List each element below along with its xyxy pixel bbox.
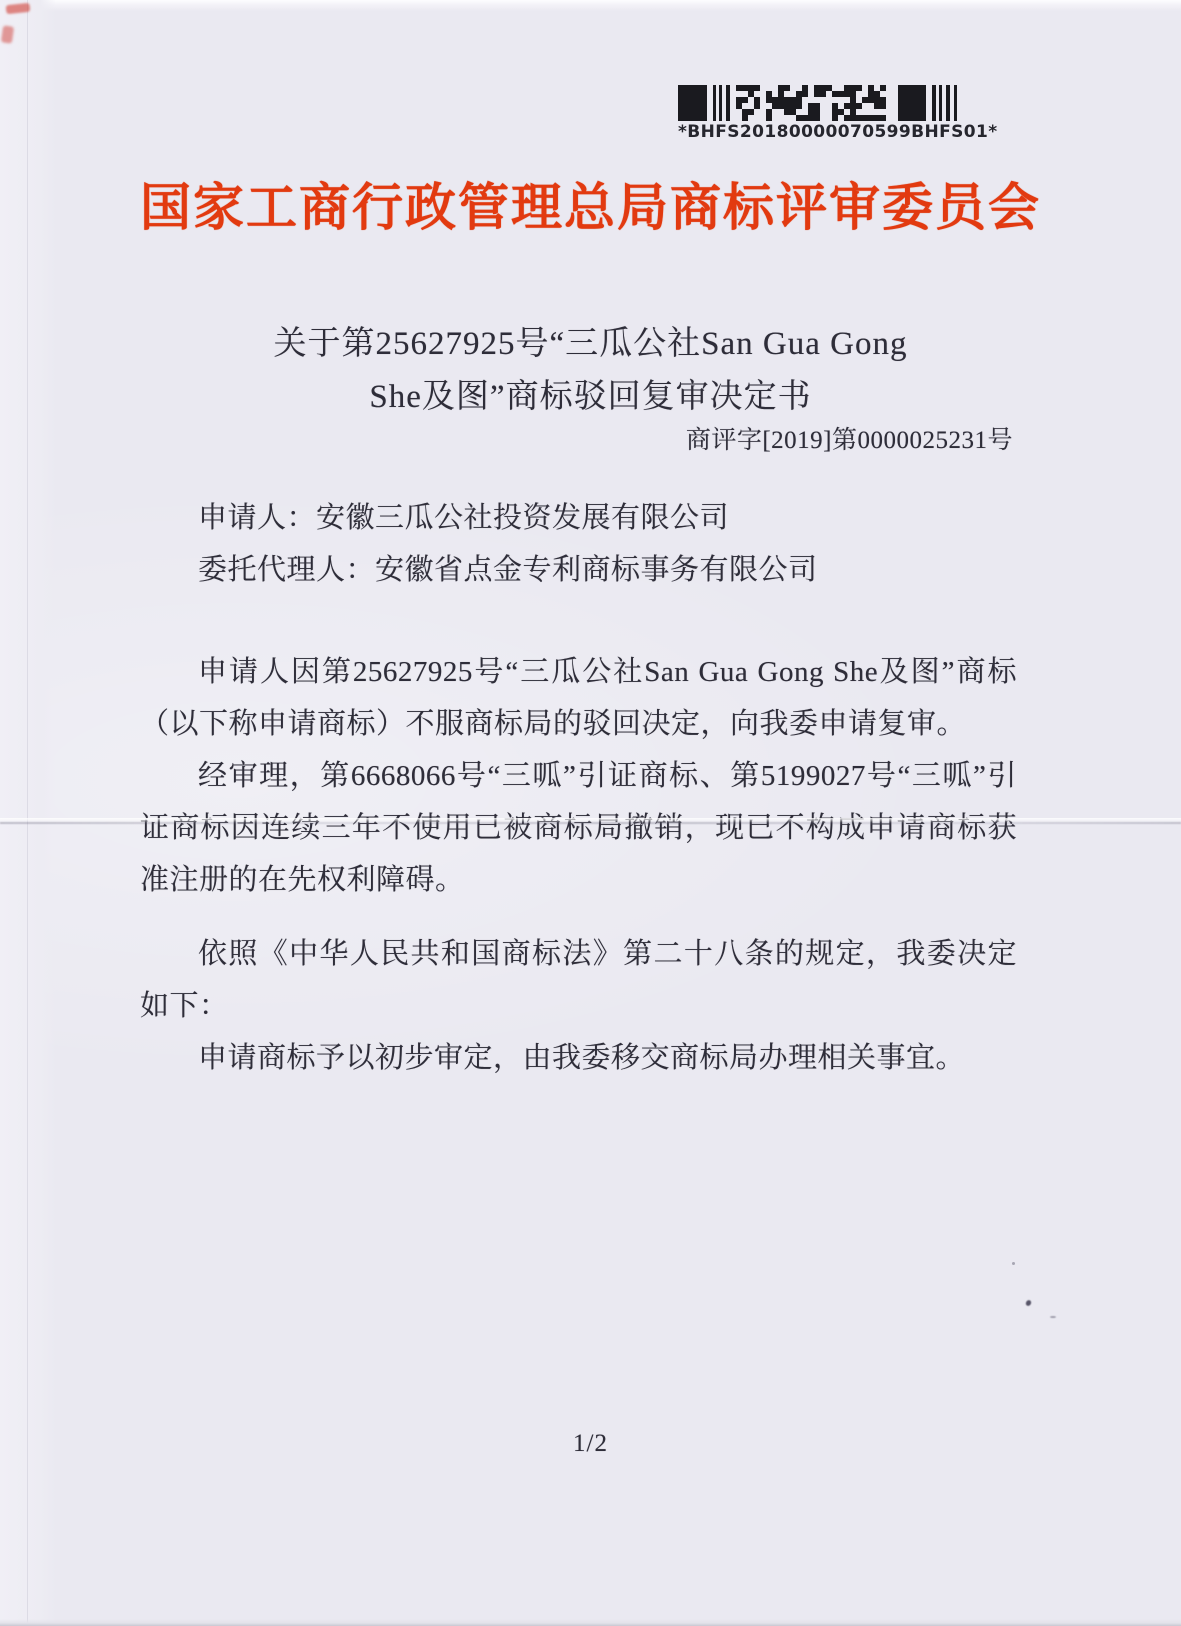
scanned-document-page: *BHFS20180000070599BHFS01* 国家工商行政管理总局商标评… xyxy=(0,0,1181,1626)
body-paragraph: 申请商标予以初步审定，由我委移交商标局办理相关事宜。 xyxy=(140,1032,1017,1084)
applicant-line: 申请人：安徽三瓜公社投资发展有限公司 xyxy=(140,492,1017,544)
document-title: 关于第25627925号“三瓜公社San Gua Gong She及图”商标驳回… xyxy=(0,318,1181,424)
paper-top-edge xyxy=(0,0,1181,9)
document-body: 申请人：安徽三瓜公社投资发展有限公司 委托代理人：安徽省点金专利商标事务有限公司… xyxy=(140,492,1017,1084)
reference-number: 商评字[2019]第0000025231号 xyxy=(686,420,1013,456)
body-paragraph: 申请人因第25627925号“三瓜公社San Gua Gong She及图”商标… xyxy=(140,646,1017,750)
barcode-icon xyxy=(678,84,966,122)
page-number: 1/2 xyxy=(0,1430,1181,1458)
document-title-line1: 关于第25627925号“三瓜公社San Gua Gong xyxy=(0,318,1181,371)
body-paragraph: 依照《中华人民共和国商标法》第二十八条的规定，我委决定如下： xyxy=(140,928,1017,1032)
issuing-authority-title: 国家工商行政管理总局商标评审委员会 xyxy=(0,166,1181,240)
ink-speck xyxy=(1012,1262,1015,1265)
paper-bottom-edge xyxy=(0,1619,1181,1626)
red-pen-mark xyxy=(1,25,14,43)
ink-speck xyxy=(1025,1299,1032,1307)
ink-speck xyxy=(1050,1316,1056,1318)
barcode-text: *BHFS20180000070599BHFS01* xyxy=(678,122,968,142)
agent-line: 委托代理人：安徽省点金专利商标事务有限公司 xyxy=(140,544,1017,596)
paper-left-edge xyxy=(0,0,56,1626)
body-paragraph: 经审理，第6668066号“三呱”引证商标、第5199027号“三呱”引证商标因… xyxy=(140,750,1017,906)
barcode-block: *BHFS20180000070599BHFS01* xyxy=(678,84,968,142)
document-title-line2: She及图”商标驳回复审决定书 xyxy=(0,371,1181,424)
paper-fold-crease xyxy=(0,818,1181,828)
